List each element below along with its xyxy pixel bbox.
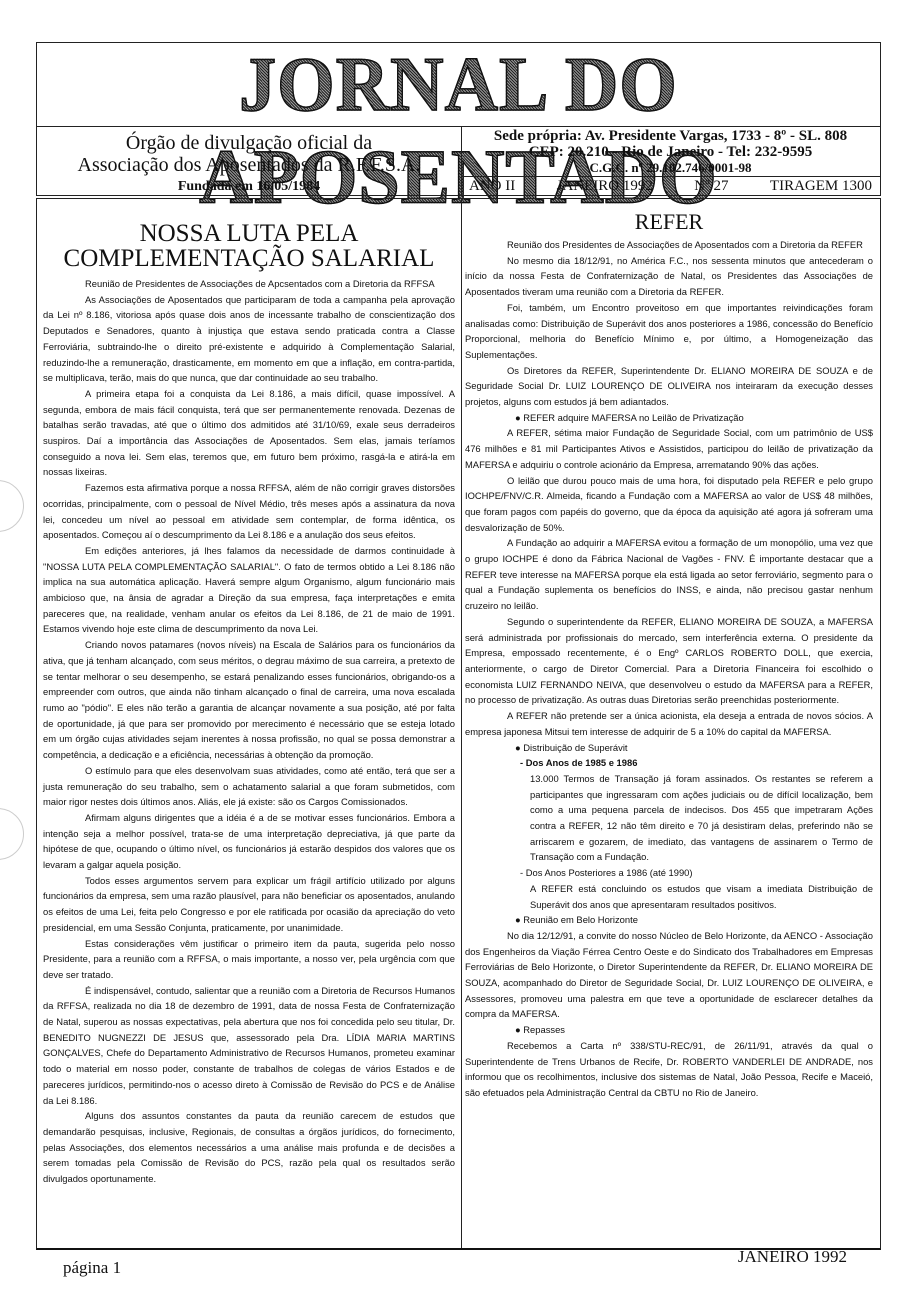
article-title-line-2: COMPLEMENTAÇÃO SALARIAL bbox=[64, 245, 435, 272]
paragraph: As Associações de Aposentados que partic… bbox=[43, 292, 455, 386]
binder-hole bbox=[0, 808, 24, 860]
subsection-heading: - Dos Anos Posteriores a 1986 (até 1990) bbox=[465, 865, 873, 881]
org-line-1: Órgão de divulgação oficial da bbox=[37, 132, 461, 154]
paragraph: O estímulo para que eles desenvolvam sua… bbox=[43, 763, 455, 810]
subsection-heading: - Dos Anos de 1985 e 1986 bbox=[465, 755, 873, 771]
paragraph: Todos esses argumentos servem para expli… bbox=[43, 873, 455, 936]
masthead: JORNAL DO APOSENTADO bbox=[36, 42, 881, 127]
paragraph: No dia 12/12/91, a convite do nosso Núcl… bbox=[465, 928, 873, 1022]
paragraph: Criando novos patamares (novos níveis) n… bbox=[43, 637, 455, 763]
article-complementacao-salarial: NOSSA LUTA PELA COMPLEMENTAÇÃO SALARIAL … bbox=[43, 199, 455, 1187]
paragraph: A REFER está concluindo os estudos que v… bbox=[465, 881, 873, 912]
paragraph: A primeira etapa foi a conquista da Lei … bbox=[43, 386, 455, 480]
paragraph: Afirmam alguns dirigentes que a idéia é … bbox=[43, 810, 455, 873]
section-heading: ● Distribuição de Superávit bbox=[465, 740, 873, 756]
address-line-2: CEP: 20.210 - Rio de Janeiro - Tel: 232-… bbox=[461, 144, 880, 160]
section-heading: ● Reunião em Belo Horizonte bbox=[465, 912, 873, 928]
section-heading: ● Repasses bbox=[465, 1022, 873, 1038]
paragraph: No mesmo dia 18/12/91, no América F.C., … bbox=[465, 253, 873, 300]
article-refer: REFER Reunião dos Presidentes de Associa… bbox=[465, 199, 873, 1101]
article-title: NOSSA LUTA PELA COMPLEMENTAÇÃO SALARIAL bbox=[43, 221, 455, 271]
paragraph: A Fundação ao adquirir a MAFERSA evitou … bbox=[465, 535, 873, 614]
paragraph: Os Diretores da REFER, Superintendente D… bbox=[465, 363, 873, 410]
content-box: NOSSA LUTA PELA COMPLEMENTAÇÃO SALARIAL … bbox=[36, 198, 881, 1250]
article-title-line-1: NOSSA LUTA PELA bbox=[140, 220, 359, 247]
paragraph: Em edições anteriores, já lhes falamos d… bbox=[43, 543, 455, 637]
article-subtitle: Reunião dos Presidentes de Associações d… bbox=[465, 237, 873, 253]
article-title: REFER bbox=[465, 209, 873, 235]
issue-date: JANEIRO 1992 bbox=[557, 177, 653, 195]
paragraph: A REFER não pretende ser a única acionis… bbox=[465, 708, 873, 739]
paragraph: 13.000 Termos de Transação já foram assi… bbox=[465, 771, 873, 865]
issue-year: ANO II bbox=[469, 177, 515, 195]
section-heading: ● REFER adquire MAFERSA no Leilão de Pri… bbox=[465, 410, 873, 426]
address-line-1: Sede própria: Av. Presidente Vargas, 173… bbox=[461, 128, 880, 144]
issue-info-bar: ANO II JANEIRO 1992 Nº 27 TIRAGEM 1300 bbox=[461, 176, 880, 195]
paragraph: Recebemos a Carta nº 338/STU-REC/91, de … bbox=[465, 1038, 873, 1101]
issue-number: Nº 27 bbox=[694, 177, 728, 195]
organization-block: Órgão de divulgação oficial da Associaçã… bbox=[37, 127, 462, 195]
paragraph: A REFER, sétima maior Fundação de Seguri… bbox=[465, 425, 873, 472]
masthead-info: Órgão de divulgação oficial da Associaçã… bbox=[36, 126, 881, 196]
founded-date: Fundada em 16/05/1984 bbox=[37, 178, 461, 196]
column-divider bbox=[461, 199, 462, 1248]
paragraph: Segundo o superintendente da REFER, ELIA… bbox=[465, 614, 873, 708]
paragraph: Alguns dos assuntos constantes da pauta … bbox=[43, 1108, 455, 1187]
article-subtitle: Reunião de Presidentes de Associações de… bbox=[43, 276, 455, 292]
paragraph: Foi, também, um Encontro proveitoso em q… bbox=[465, 300, 873, 363]
paragraph: Fazemos esta afirmativa porque a nossa R… bbox=[43, 480, 455, 543]
address-block: Sede própria: Av. Presidente Vargas, 173… bbox=[461, 127, 880, 177]
cgc-number: C.G.C. nº 29.102.746/0001-98 bbox=[461, 160, 880, 175]
paragraph: É indispensável, contudo, salientar que … bbox=[43, 983, 455, 1109]
org-line-2: Associação dos Aposentados da R.F.F.S.A. bbox=[37, 154, 461, 176]
page-number: página 1 bbox=[63, 1258, 121, 1278]
paragraph: O leilão que durou pouco mais de uma hor… bbox=[465, 473, 873, 536]
paragraph: Estas considerações vêm justificar o pri… bbox=[43, 936, 455, 983]
issue-circulation: TIRAGEM 1300 bbox=[770, 177, 872, 195]
footer-date: JANEIRO 1992 bbox=[738, 1247, 847, 1267]
binder-hole bbox=[0, 480, 24, 532]
